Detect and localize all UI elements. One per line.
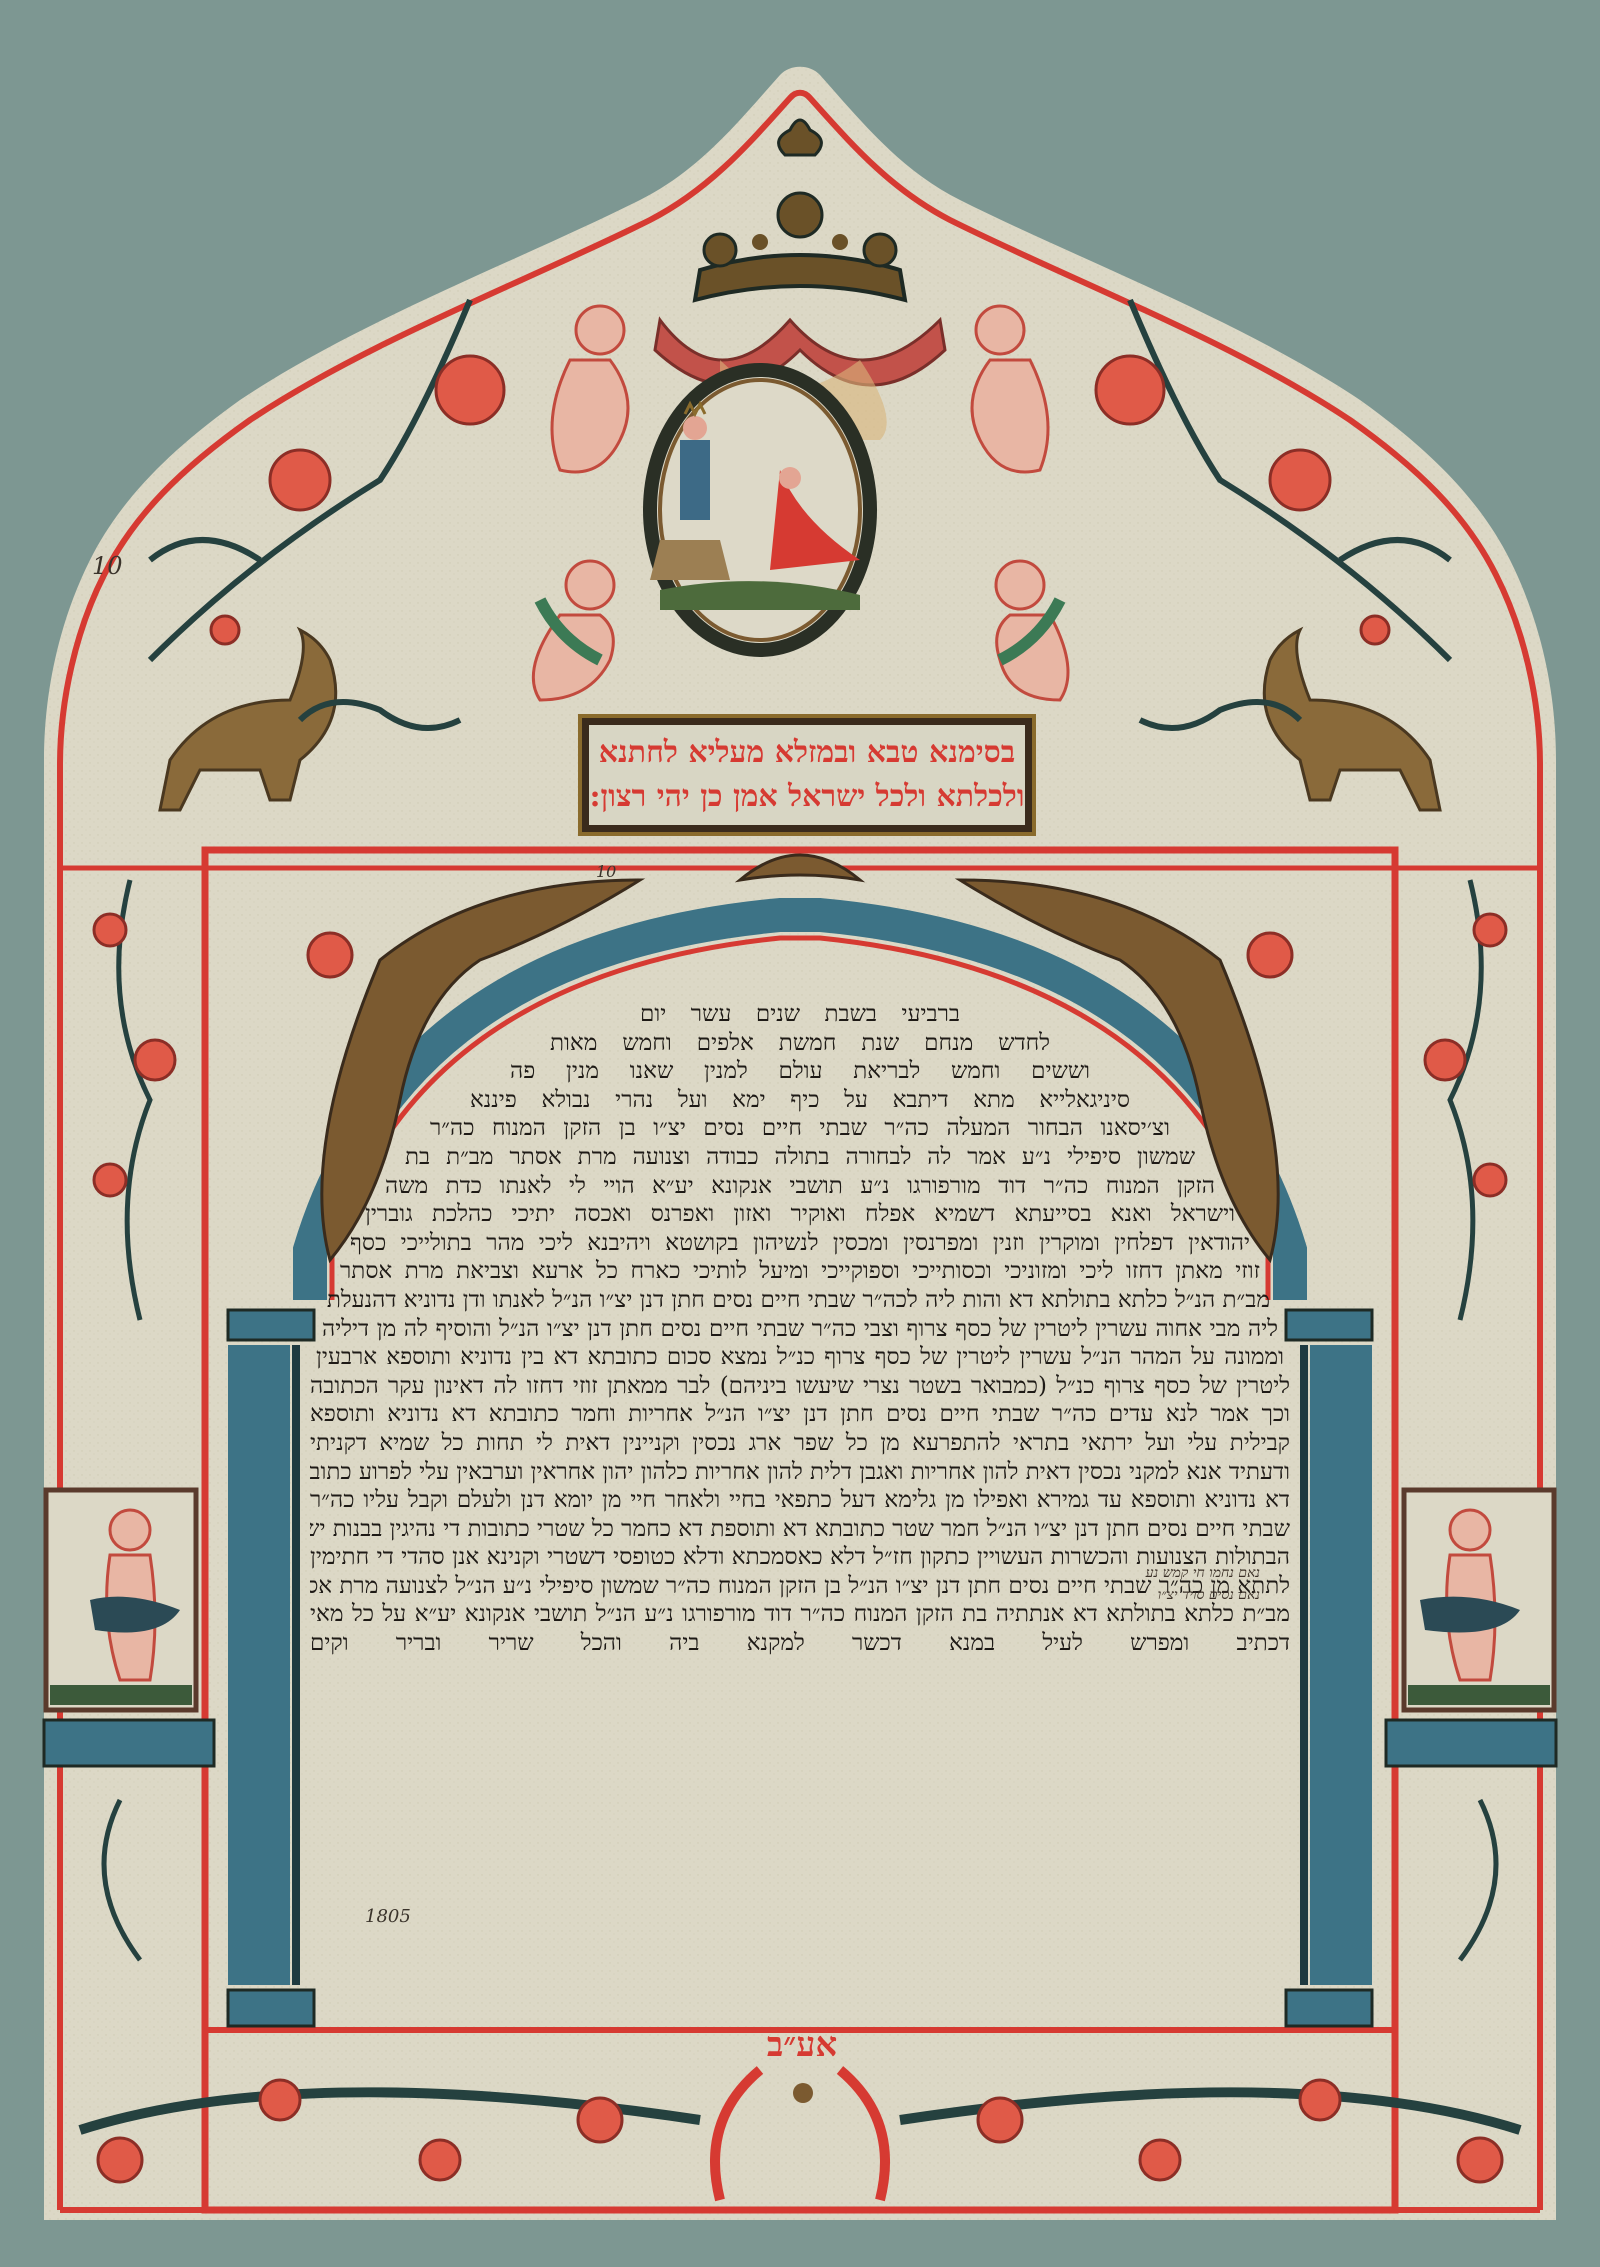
ketubah-text: ברביעי בשבת שנים עשר יום לחדש מנחם שנת ח… (310, 1000, 1290, 1658)
ketubah-sheet: בסימנא טבא ובמזלא מעליא לחתנא ולכלתא ולכ… (0, 0, 1600, 2267)
text-line: מב״ת הנ״ל כלתא בתולתא דא והות ליה לכה״ר … (310, 1286, 1290, 1315)
text-line: לחדש מנחם שנת חמשת אלפים וחמש מאות (310, 1029, 1290, 1058)
text-line: ליה מבי אחוה עשרין ליטרין של כסף צרוף וצ… (310, 1315, 1290, 1344)
text-line: ודעתיד אנא למקני נכסין דאית להון אחריות … (310, 1458, 1290, 1487)
text-line: ליטרין של כסף צרוף כנ״ל (כמבואר בשטר נצר… (310, 1372, 1290, 1401)
text-line: דא נדוניא ותוספא עד גמירא ואפילו מן גלימ… (310, 1486, 1290, 1515)
blessing-line-1: בסימנא טבא ובמזלא מעליא לחתנא (589, 731, 1025, 775)
year-annotation: 1805 (365, 1906, 411, 1927)
text-line: וכך אמר לנא עדים כה״ר שבתי חיים נסים חתן… (310, 1400, 1290, 1429)
text-line: יהודאין דפלחין ומוקרין וזנין ומפרנסין ומ… (310, 1229, 1290, 1258)
blessing-line-2: ולכלתא ולכל ישראל אמן כן יהי רצון: (589, 775, 1025, 819)
text-line: זוזי מאתן דחזו ליכי ומזוניכי וכסותייכי ו… (310, 1257, 1290, 1286)
bottom-initials: אע״ב (752, 2025, 852, 2065)
catalog-number: 10 (92, 552, 123, 580)
text-line: וששים וחמש לבריאת עולם למנין שאנו מנין פ… (310, 1057, 1290, 1086)
signature-2: נאם נסים סויד יצ״ו (1080, 1584, 1260, 1606)
witness-signatures: נאם נחמו חי קמש נע נאם נסים סויד יצ״ו (1080, 1562, 1260, 1606)
text-line: שמשון סיפילי נ״ע אמר לה לבחורה בתולה כבו… (310, 1143, 1290, 1172)
frame-number: 10 (596, 862, 616, 881)
signature-1: נאם נחמו חי קמש נע (1080, 1562, 1260, 1584)
text-line: קבילית עלי ועל ירתאי בתראי להתפרעא מן כל… (310, 1429, 1290, 1458)
text-line: דכתיב ומפרש לעיל במנא דכשר למקנא ביה והכ… (310, 1629, 1290, 1658)
text-line: שבתי חיים נסים חתן דנן יצ״ו הנ״ל חמר שטר… (310, 1515, 1290, 1544)
text-line: סיניגאלייא מתא דיתבא על כיף ימא ועל נהרי… (310, 1086, 1290, 1115)
putto-left-panel (46, 1490, 196, 1710)
putto-right-panel (1404, 1490, 1554, 1710)
text-line: ברביעי בשבת שנים עשר יום (310, 1000, 1290, 1029)
blessing-cartouche: בסימנא טבא ובמזלא מעליא לחתנא ולכלתא ולכ… (582, 718, 1032, 832)
text-line: וישראל ואנא בסייעתא דשמיא אפלח ואוקיר וא… (310, 1200, 1290, 1229)
text-line: הזקן המנוח כה״ר דוד מורפורגו נ״ע תושבי א… (310, 1172, 1290, 1201)
text-line: וצ׳יסאנו הבחור המעלה כה״ר שבתי חיים נסים… (310, 1114, 1290, 1143)
text-line: וממונה על המהר הנ״ל עשרין ליטרין של כסף … (310, 1343, 1290, 1372)
